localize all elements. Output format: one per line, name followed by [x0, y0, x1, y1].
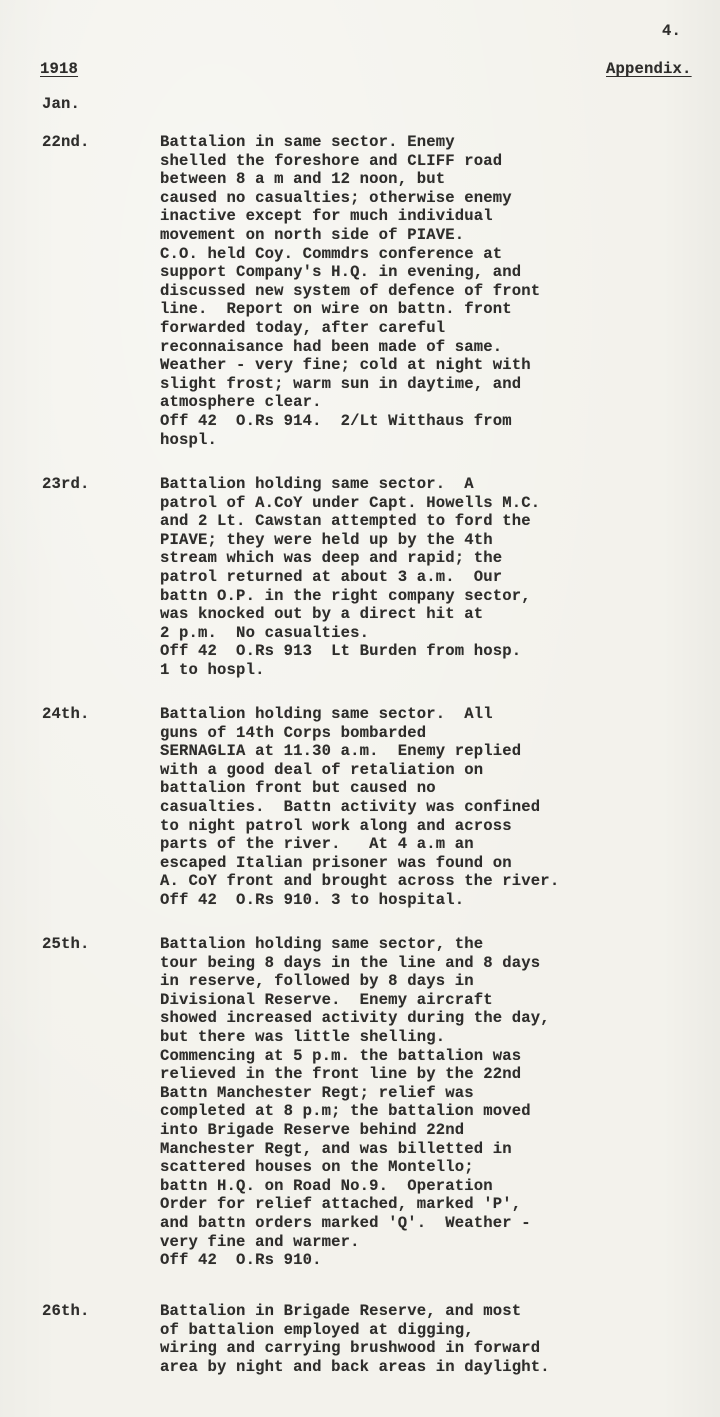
entry-line: Commencing at 5 p.m. the battalion was: [160, 1047, 700, 1066]
entry-line: Weather - very fine; cold at night with: [160, 356, 700, 375]
year-heading: 1918: [40, 60, 78, 79]
entry-line: Off 42 O.Rs 910.: [160, 1251, 700, 1270]
entry-line: Battalion holding same sector. All: [160, 705, 700, 724]
entry-line: battalion front but caused no: [160, 779, 700, 798]
entry-line: reconnaisance had been made of same.: [160, 338, 700, 357]
entry-line: escaped Italian prisoner was found on: [160, 854, 700, 873]
entry-line: C.O. held Coy. Commdrs conference at: [160, 245, 700, 264]
month-label: Jan.: [42, 95, 80, 114]
entry-line: Battalion holding same sector, the: [160, 935, 700, 954]
page-number: 4.: [662, 22, 681, 41]
entry-line: Off 42 O.Rs 914. 2/Lt Witthaus from: [160, 412, 700, 431]
entry-line: to night patrol work along and across: [160, 817, 700, 836]
entry-line: guns of 14th Corps bombarded: [160, 724, 700, 743]
entry-line: relieved in the front line by the 22nd: [160, 1065, 700, 1084]
entry-line: parts of the river. At 4 a.m an: [160, 835, 700, 854]
entry-line: into Brigade Reserve behind 22nd: [160, 1121, 700, 1140]
entry-line: slight frost; warm sun in daytime, and: [160, 375, 700, 394]
entry-line: in reserve, followed by 8 days in: [160, 972, 700, 991]
entry-line: movement on north side of PIAVE.: [160, 226, 700, 245]
entry-line: Off 42 O.Rs 910. 3 to hospital.: [160, 891, 700, 910]
entry-line: Battalion holding same sector. A: [160, 475, 700, 494]
entry-line: PIAVE; they were held up by the 4th: [160, 531, 700, 550]
entry-line: SERNAGLIA at 11.30 a.m. Enemy replied: [160, 742, 700, 761]
entry-body: Battalion holding same sector, thetour b…: [160, 935, 700, 1270]
entry-line: Order for relief attached, marked 'P',: [160, 1195, 700, 1214]
entry-date: 23rd.: [42, 475, 90, 494]
entry-line: 2 p.m. No casualties.: [160, 624, 700, 643]
entry-line: patrol returned at about 3 a.m. Our: [160, 568, 700, 587]
entry-line: Divisional Reserve. Enemy aircraft: [160, 991, 700, 1010]
entry-line: was knocked out by a direct hit at: [160, 605, 700, 624]
entry-line: battn O.P. in the right company sector,: [160, 587, 700, 606]
war-diary-page: 4. 1918 Appendix. Jan. 22nd.Battalion in…: [0, 0, 720, 1417]
entry-body: Battalion in same sector. Enemyshelled t…: [160, 133, 700, 449]
entry-date: 26th.: [42, 1302, 90, 1321]
entry-line: A. CoY front and brought across the rive…: [160, 872, 700, 891]
entry-line: shelled the foreshore and CLIFF road: [160, 152, 700, 171]
entry-line: Battn Manchester Regt; relief was: [160, 1084, 700, 1103]
entry-line: with a good deal of retaliation on: [160, 761, 700, 780]
entry-line: between 8 a m and 12 noon, but: [160, 170, 700, 189]
entry-line: Manchester Regt, and was billetted in: [160, 1140, 700, 1159]
entry-line: stream which was deep and rapid; the: [160, 549, 700, 568]
entry-line: inactive except for much individual: [160, 207, 700, 226]
entry-body: Battalion holding same sector. Allguns o…: [160, 705, 700, 910]
entry-line: Battalion in Brigade Reserve, and most: [160, 1302, 700, 1321]
entry-line: casualties. Battn activity was confined: [160, 798, 700, 817]
entry-line: support Company's H.Q. in evening, and: [160, 263, 700, 282]
entry-line: line. Report on wire on battn. front: [160, 300, 700, 319]
entry-date: 24th.: [42, 705, 90, 724]
entry-line: patrol of A.CoY under Capt. Howells M.C.: [160, 494, 700, 513]
entry-line: area by night and back areas in daylight…: [160, 1358, 700, 1377]
entry-line: and battn orders marked 'Q'. Weather -: [160, 1214, 700, 1233]
entry-line: wiring and carrying brushwood in forward: [160, 1339, 700, 1358]
entry-line: tour being 8 days in the line and 8 days: [160, 954, 700, 973]
entry-line: forwarded today, after careful: [160, 319, 700, 338]
entry-date: 22nd.: [42, 133, 90, 152]
entry-line: battn H.Q. on Road No.9. Operation: [160, 1177, 700, 1196]
entry-line: scattered houses on the Montello;: [160, 1158, 700, 1177]
entry-line: caused no casualties; otherwise enemy: [160, 189, 700, 208]
entry-line: very fine and warmer.: [160, 1233, 700, 1252]
entry-date: 25th.: [42, 935, 90, 954]
appendix-heading: Appendix.: [606, 60, 692, 79]
entry-line: and 2 Lt. Cawstan attempted to ford the: [160, 512, 700, 531]
entry-line: of battalion employed at digging,: [160, 1321, 700, 1340]
entry-line: 1 to hospl.: [160, 661, 700, 680]
entry-line: Battalion in same sector. Enemy: [160, 133, 700, 152]
entry-line: completed at 8 p.m; the battalion moved: [160, 1102, 700, 1121]
entry-body: Battalion in Brigade Reserve, and mostof…: [160, 1302, 700, 1376]
entry-line: atmosphere clear.: [160, 393, 700, 412]
entry-line: showed increased activity during the day…: [160, 1009, 700, 1028]
entry-body: Battalion holding same sector. Apatrol o…: [160, 475, 700, 680]
entry-line: but there was little shelling.: [160, 1028, 700, 1047]
entry-line: hospl.: [160, 431, 700, 450]
entry-line: discussed new system of defence of front: [160, 282, 700, 301]
entry-line: Off 42 O.Rs 913 Lt Burden from hosp.: [160, 642, 700, 661]
